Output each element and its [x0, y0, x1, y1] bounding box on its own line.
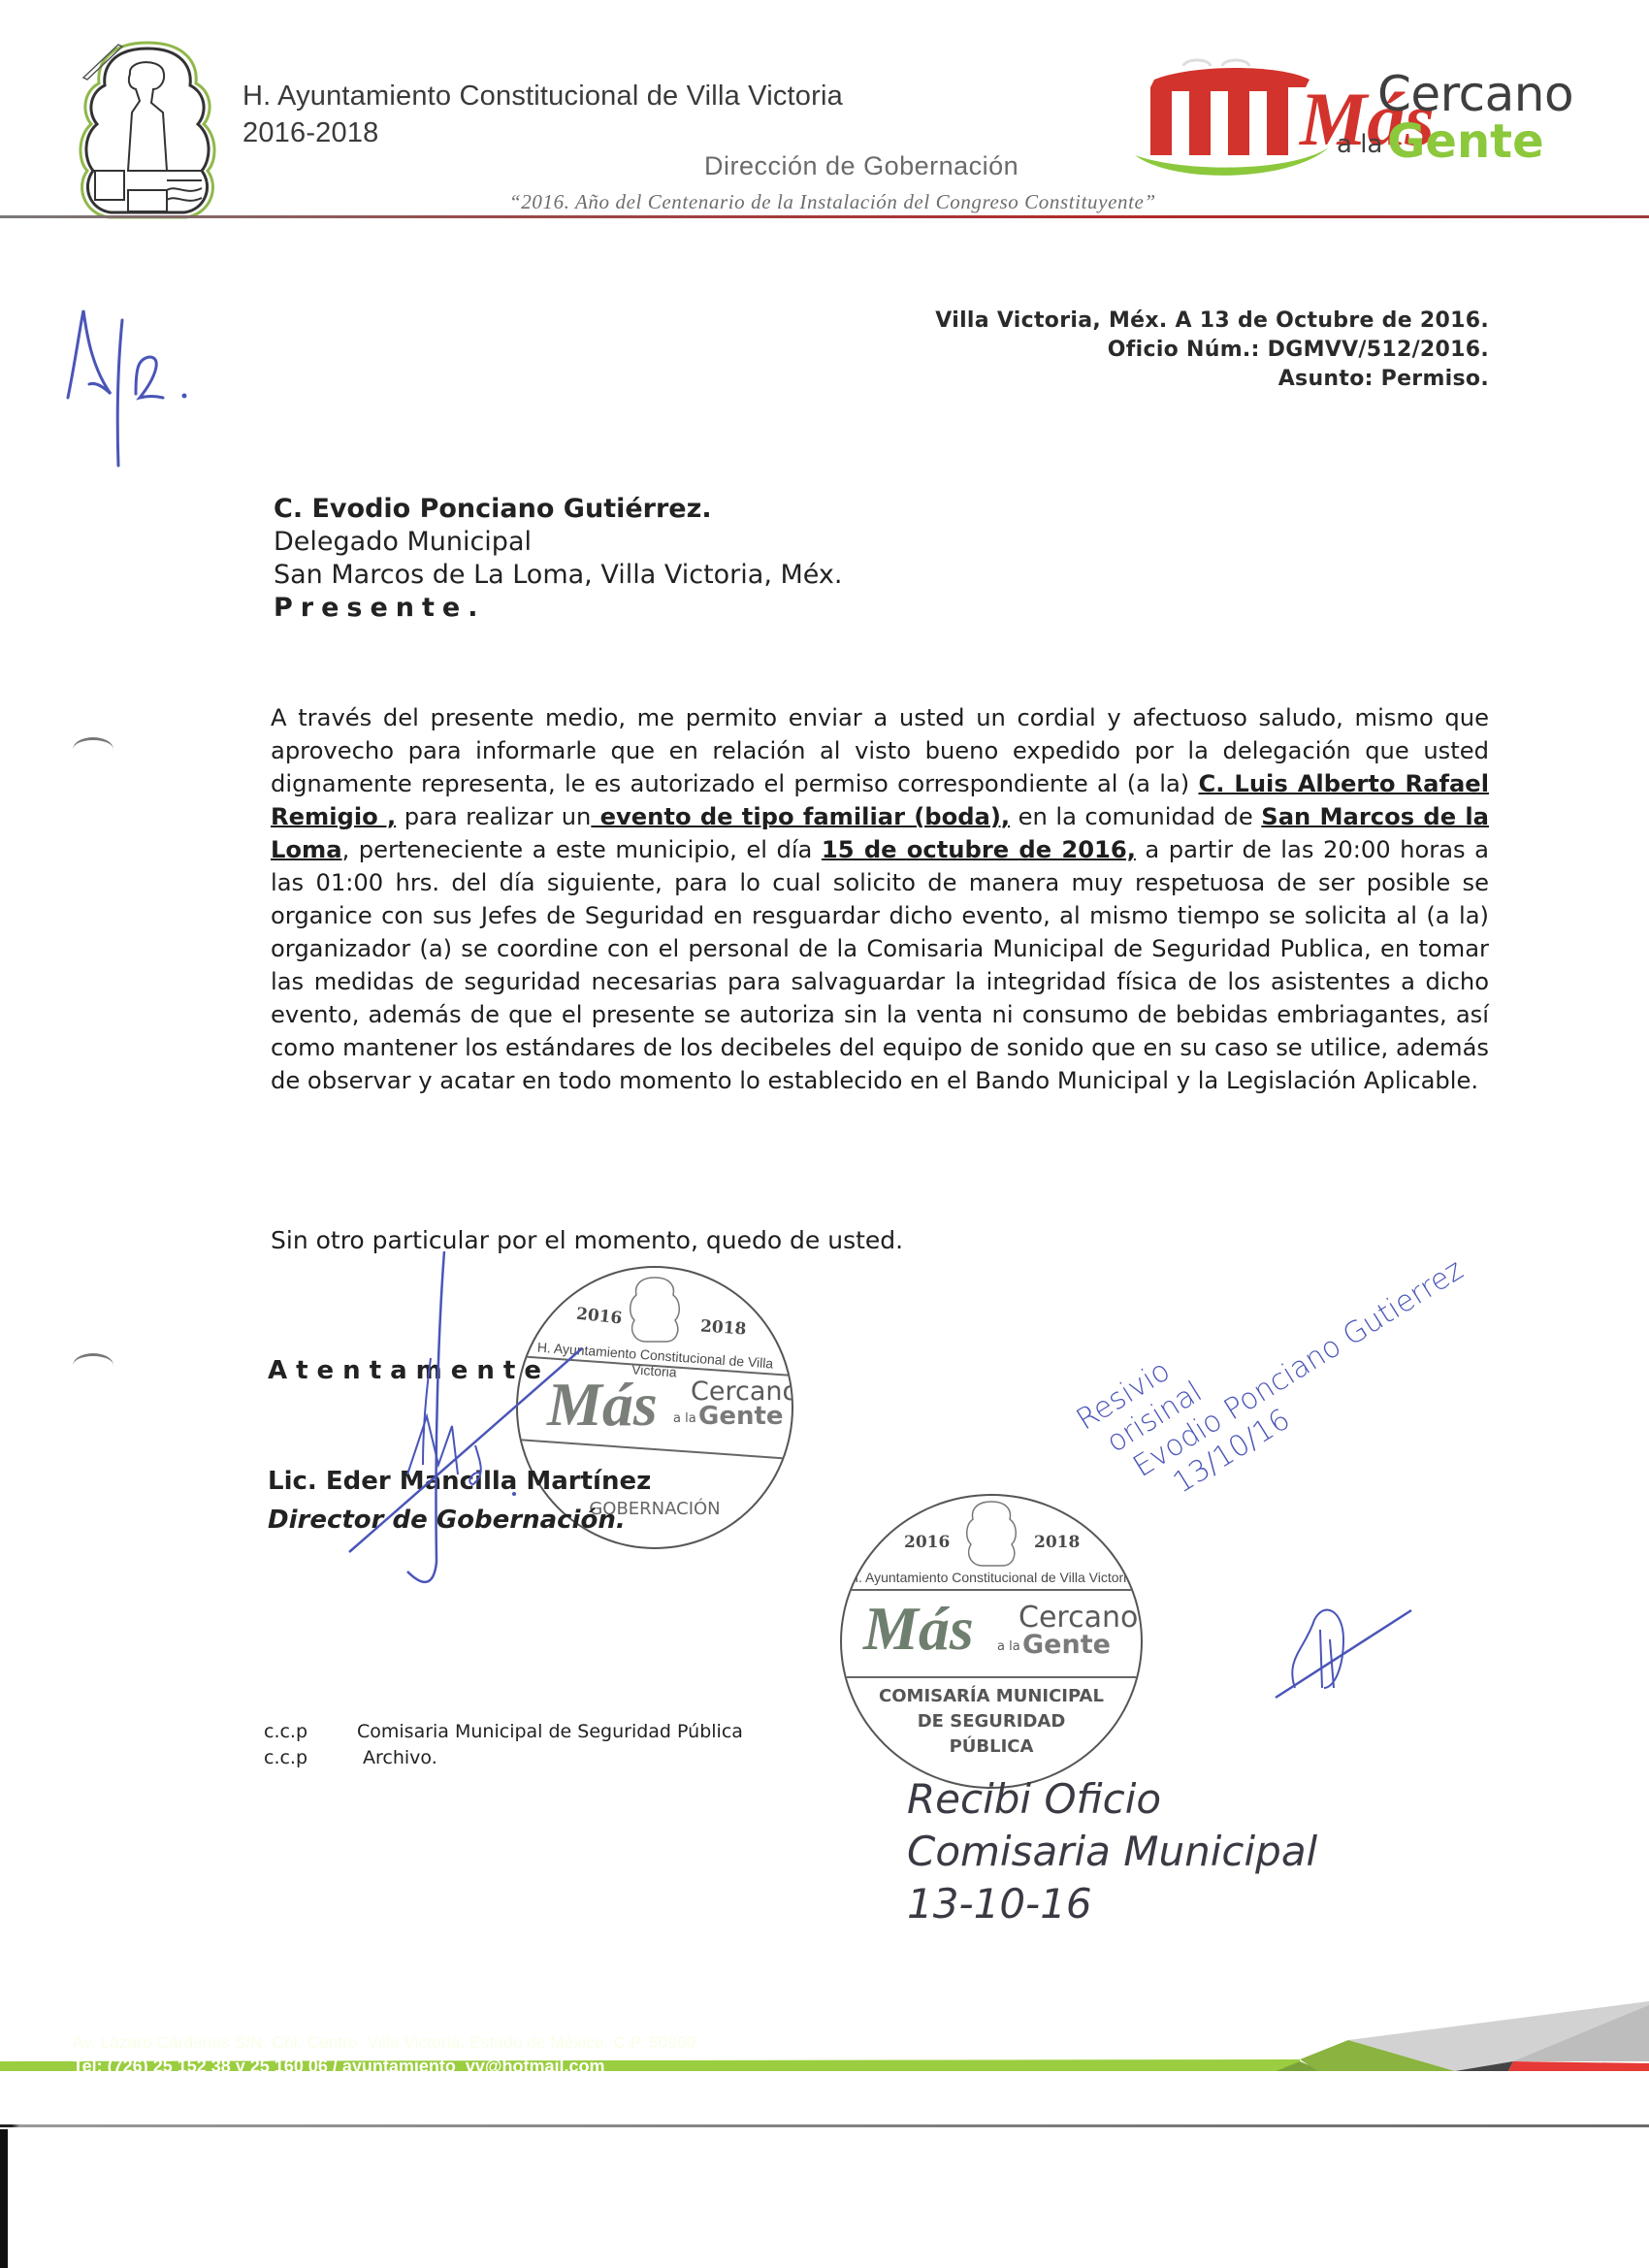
handwriting-line: 13-10-16 [907, 1878, 1317, 1930]
official-motto: “2016. Año del Centenario de la Instalac… [509, 190, 1156, 214]
stamp-year-end: 2018 [699, 1316, 747, 1339]
event-type: evento de tipo familiar (boda), [591, 803, 1010, 830]
punch-hole-mark [73, 1353, 113, 1377]
ccp-item: c.c.pComisaria Municipal de Seguridad Pú… [264, 1719, 743, 1745]
institution-title: H. Ayuntamiento Constitucional de Villa … [242, 78, 843, 114]
brand-gente: Gente [1387, 114, 1544, 169]
ccp-label: c.c.p [264, 1745, 357, 1771]
stamp-year-end: 2018 [1034, 1533, 1080, 1552]
oficio-number: Oficio Núm.: DGMVV/512/2016. [935, 336, 1489, 365]
place-and-date: Villa Victoria, Méx. A 13 de Octubre de … [935, 307, 1489, 336]
stamp-a-la: a la [997, 1639, 1020, 1654]
municipal-crest-logo [70, 35, 225, 225]
addressee-block: C. Evodio Ponciano Gutiérrez. Delegado M… [274, 493, 843, 625]
ccp-item: c.c.pArchivo. [264, 1745, 743, 1771]
event-date: 15 de octubre de 2016, [822, 836, 1136, 863]
stamp-bottom-line: COMISARÍA MUNICIPAL [842, 1684, 1141, 1709]
stamp-bottom-text: COMISARÍA MUNICIPAL DE SEGURIDAD PÚBLICA [842, 1684, 1141, 1760]
scan-edge [0, 2129, 8, 2268]
handwriting-line: Recibi Oficio [907, 1773, 1317, 1826]
bottom-divider [0, 2124, 1649, 2127]
stamp-divider [842, 1589, 1141, 1591]
stamp-mas: Más [863, 1593, 974, 1665]
document-meta: Villa Victoria, Méx. A 13 de Octubre de … [935, 307, 1489, 394]
handwritten-initials [58, 301, 194, 479]
stamp-comisaria: 2016 2018 H. Ayuntamiento Constitucional… [840, 1494, 1143, 1789]
footer-address: Av. Lázaro Cárdenas S/N, Col. Centro, Vi… [73, 2033, 695, 2053]
letter-body: A través del presente medio, me permito … [271, 701, 1489, 1097]
body-text: a partir de las 20:00 horas a las 01:00 … [271, 836, 1489, 1094]
punch-hole-mark [73, 737, 113, 761]
footer-contact: Tel: (726) 25 152 38 y 25 160 06 / ayunt… [73, 2057, 604, 2077]
stamp-a-la: a la [673, 1411, 696, 1426]
ccp-label: c.c.p [264, 1719, 357, 1745]
stamp-year-start: 2016 [904, 1533, 950, 1552]
stamp-ring-text: H. Ayuntamiento Constitucional de Villa … [842, 1570, 1141, 1585]
header-divider [0, 215, 1649, 218]
institution-period: 2016-2018 [242, 114, 843, 151]
stamp-bottom-line: PÚBLICA [842, 1734, 1141, 1760]
stamp-gente: Gente [1022, 1630, 1111, 1660]
handwritten-receipt-delegado: Resivio orisinal Evodio Ponciano Gutierr… [1071, 1151, 1556, 1527]
ccp-list: c.c.pComisaria Municipal de Seguridad Pú… [264, 1719, 743, 1771]
ccp-recipient: Archivo. [357, 1747, 437, 1768]
body-text: , perteneciente a este municipio, el día [342, 836, 822, 863]
ccp-recipient: Comisaria Municipal de Seguridad Pública [357, 1721, 743, 1742]
department-name: Dirección de Gobernación [704, 151, 1018, 181]
addressee-location: San Marcos de La Loma, Villa Victoria, M… [274, 559, 843, 592]
director-signature [330, 1251, 660, 1604]
handwritten-receipt-comisaria: Recibi Oficio Comisaria Municipal 13-10-… [907, 1773, 1317, 1930]
stamp-bottom-line: DE SEGURIDAD [842, 1709, 1141, 1734]
brand-a-la: a la [1337, 130, 1382, 159]
closing-line: Sin otro particular por el momento, qued… [271, 1226, 903, 1254]
delegado-signature [1266, 1581, 1431, 1711]
stamp-divider [842, 1676, 1141, 1678]
addressee-position: Delegado Municipal [274, 526, 843, 559]
subject: Asunto: Permiso. [935, 365, 1489, 394]
institution-name: H. Ayuntamiento Constitucional de Villa … [242, 78, 843, 151]
handwriting-line: Comisaria Municipal [907, 1826, 1317, 1878]
body-text: en la comunidad de [1010, 803, 1261, 830]
addressee-name: C. Evodio Ponciano Gutiérrez. [274, 493, 843, 526]
body-text: para realizar un [396, 803, 591, 830]
stamp-gente: Gente [698, 1402, 784, 1431]
presente-label: Presente. [274, 592, 843, 625]
